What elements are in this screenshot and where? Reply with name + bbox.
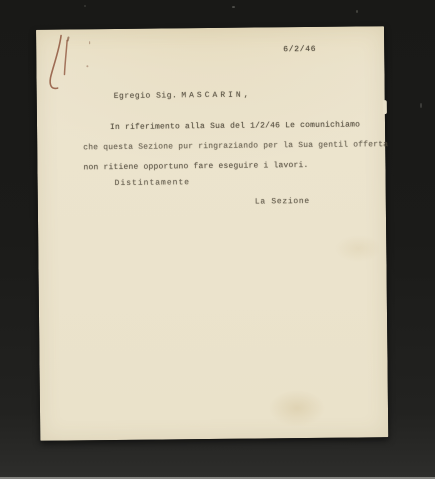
body-line: In riferimento alla Sua del 1/2/46 Le co… bbox=[83, 120, 360, 133]
body-line: che questa Sezione pur ringraziando per … bbox=[83, 140, 388, 153]
paper-stain bbox=[268, 389, 326, 428]
paper-edge-notch bbox=[383, 100, 387, 114]
dust-speck bbox=[84, 5, 86, 7]
dust-speck bbox=[420, 103, 422, 108]
recipient-name: MASCARIN, bbox=[181, 91, 251, 101]
salutation-line: Egregio Sig.MASCARIN, bbox=[114, 91, 252, 102]
salutation-prefix: Egregio Sig. bbox=[114, 91, 178, 101]
paper-stain bbox=[334, 234, 382, 263]
dust-speck bbox=[232, 6, 235, 8]
dust-speck bbox=[356, 10, 358, 13]
paperclip-rust-mark-icon bbox=[43, 30, 74, 96]
body-line: non ritiene opportuno fare eseguire i la… bbox=[83, 161, 308, 173]
ink-speck bbox=[89, 41, 90, 44]
signature-line: La Sezione bbox=[255, 197, 310, 208]
letter-paper: 6/2/46 Egregio Sig.MASCARIN, In riferime… bbox=[36, 26, 388, 441]
closing-line: Distintamente bbox=[115, 178, 191, 189]
photo-background: 6/2/46 Egregio Sig.MASCARIN, In riferime… bbox=[0, 0, 435, 479]
ink-speck bbox=[86, 65, 88, 67]
letter-date: 6/2/46 bbox=[283, 45, 316, 55]
